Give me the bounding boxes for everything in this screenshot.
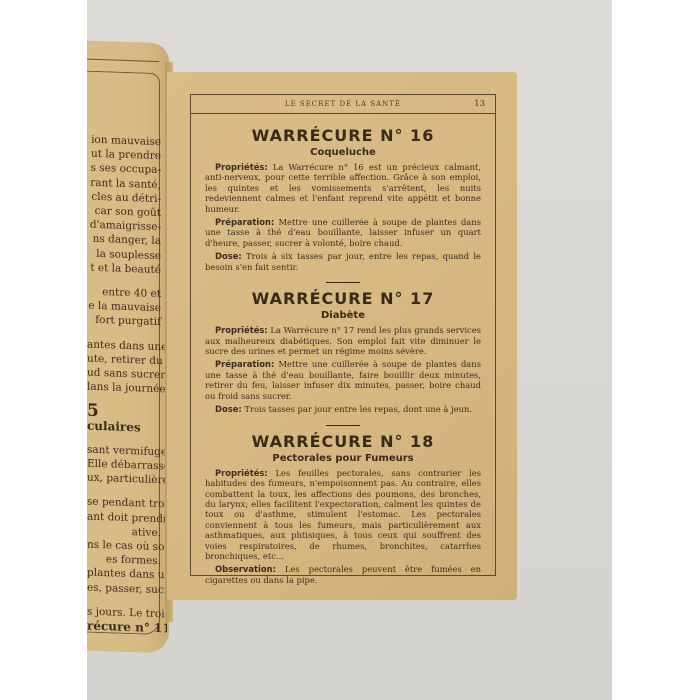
text-line: es, passer, sucrer [87,580,167,597]
running-head: LE SECRET DE LA SANTÉ 13 [191,95,495,114]
page-content: WARRÉCURE N° 16 Coqueluche Propriétés: L… [191,114,495,585]
paragraph-label: Propriétés: [215,468,268,478]
text-line: fort purgatif [87,313,167,330]
paragraph-proprietes: Propriétés: La Warrécure n° 16 est un pr… [205,162,481,214]
section-divider [326,425,360,426]
paragraph-label: Propriétés: [215,162,268,172]
section-subtitle: Diabète [205,310,481,321]
section-subtitle: Pectorales pour Fumeurs [205,453,481,464]
section-warrecure-16: WARRÉCURE N° 16 Coqueluche Propriétés: L… [205,126,481,272]
section-subtitle: culaires [87,418,167,435]
text-line: ant doit prendre [87,509,167,526]
paragraph-proprietes: Propriétés: Les feuilles pectorales, san… [205,468,481,562]
section-subtitle: Coqueluche [205,147,481,158]
book-photo: ion mauvaise ut la prendre s ses occupa-… [87,0,612,700]
section-title: WARRÉCURE N° 18 [205,432,481,451]
section-warrecure-18: WARRÉCURE N° 18 Pectorales pour Fumeurs … [205,432,481,585]
text-line: récure n° 11. [87,619,167,636]
left-page-rule [87,59,159,63]
paragraph-label: Dose: [215,251,242,261]
paragraph-label: Propriétés: [215,325,268,335]
text-line: t et la beauté [87,260,167,277]
paragraph-label: Observation: [215,564,276,574]
paragraph-dose: Dose: Trois tasses par jour entre les re… [205,404,481,414]
paragraph-label: Dose: [215,404,242,414]
right-page: LE SECRET DE LA SANTÉ 13 WARRÉCURE N° 16… [167,72,517,600]
paragraph-observation: Observation: Les pectorales peuvent être… [205,564,481,585]
paragraph-dose: Dose: Trois à six tasses par jour, entre… [205,251,481,272]
left-page-text: ion mauvaise ut la prendre s ses occupa-… [87,133,167,636]
section-title: WARRÉCURE N° 16 [205,126,481,145]
section-warrecure-17: WARRÉCURE N° 17 Diabète Propriétés: La W… [205,289,481,414]
paragraph-label: Préparation: [215,217,274,227]
page-number: 13 [474,99,485,109]
left-page: ion mauvaise ut la prendre s ses occupa-… [87,41,169,654]
section-divider [326,282,360,283]
paragraph-text: Trois à six tasses par jour, entre les r… [205,251,481,271]
paragraph-label: Préparation: [215,359,274,369]
paragraph-preparation: Préparation: Mettre une cuillerée à soup… [205,217,481,248]
paragraph-text: Trois tasses par jour entre les repas, d… [242,404,472,414]
paragraph-text: Les feuilles pectorales, sans contrarier… [205,468,481,561]
running-head-title: LE SECRET DE LA SANTÉ [191,100,495,108]
page-frame: LE SECRET DE LA SANTÉ 13 WARRÉCURE N° 16… [190,94,496,576]
paragraph-preparation: Préparation: Mettre une cuillerée à soup… [205,359,481,401]
paragraph-proprietes: Propriétés: La Warrécure n° 17 rend les … [205,325,481,356]
section-title: WARRÉCURE N° 17 [205,289,481,308]
